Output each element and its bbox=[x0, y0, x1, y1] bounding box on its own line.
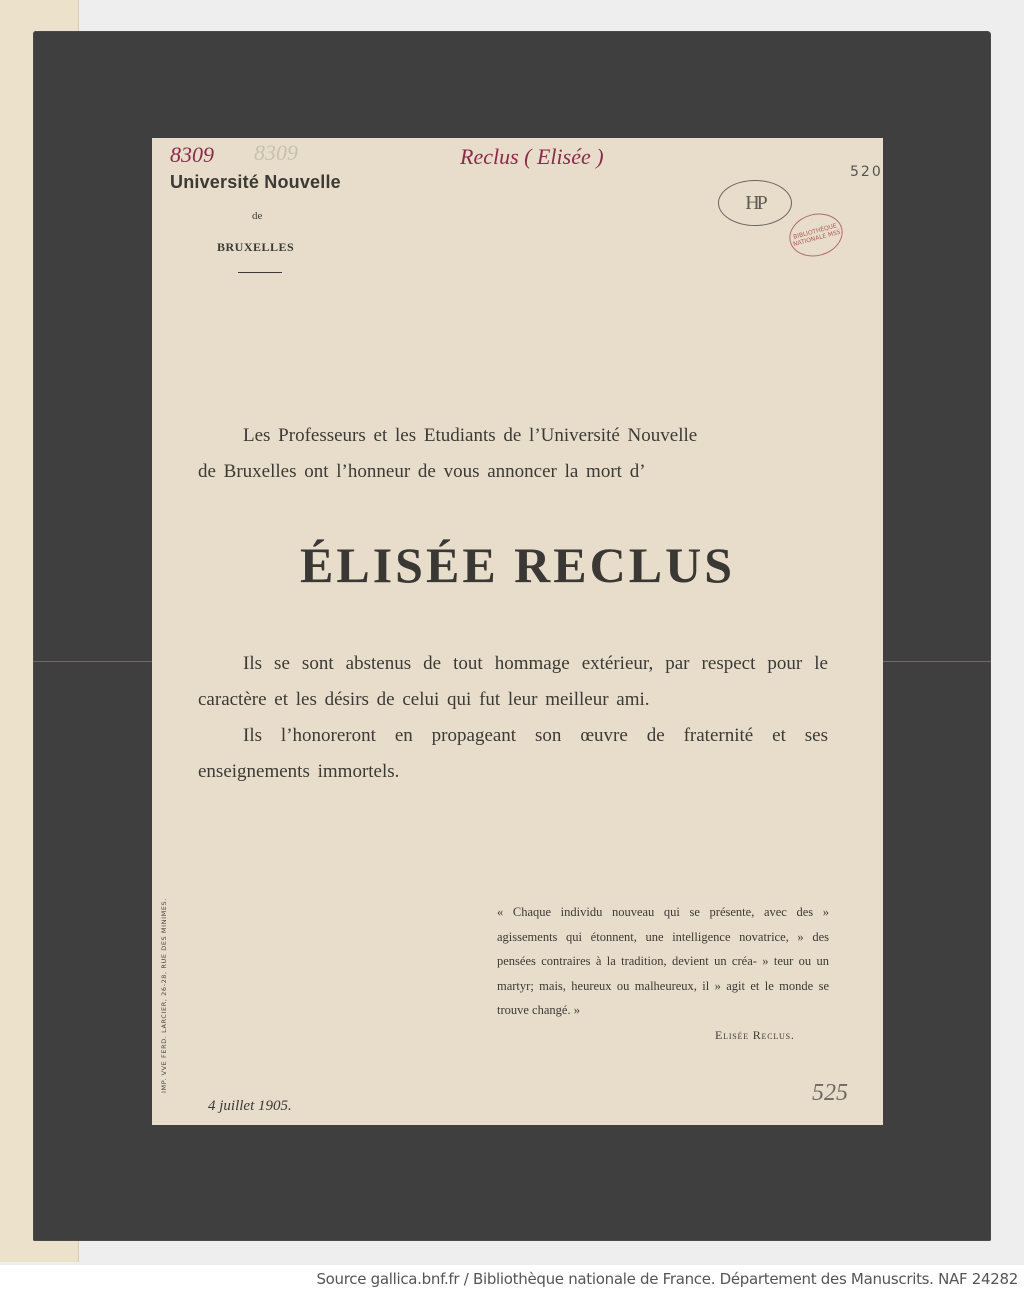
deceased-name-heading: ÉLISÉE RECLUS bbox=[152, 536, 883, 594]
handwritten-catalog-number: 8309 bbox=[170, 142, 214, 168]
funeral-announcement-card: 8309 8309 Reclus ( Elisée ) 520 Universi… bbox=[152, 138, 883, 1125]
library-stamp-text: BIBLIOTHÈQUE NATIONALE MSS bbox=[789, 222, 843, 249]
folio-number-bottom: 525 bbox=[812, 1080, 848, 1107]
announcement-line-1: Les Professeurs et les Etudiants de l’Un… bbox=[198, 418, 828, 454]
paragraph-abstention: Ils se sont abstenus de tout hommage ext… bbox=[198, 653, 828, 710]
letterhead-preposition: de bbox=[252, 210, 262, 222]
announcement-date: 4 juillet 1905. bbox=[208, 1098, 292, 1115]
library-stamp-icon: BIBLIOTHÈQUE NATIONALE MSS bbox=[784, 208, 847, 263]
reclus-quotation: « Chaque individu nouveau qui se présent… bbox=[497, 900, 829, 1023]
body-paragraphs: Ils se sont abstenus de tout hommage ext… bbox=[198, 646, 828, 790]
handwritten-name-note: Reclus ( Elisée ) bbox=[460, 144, 604, 170]
letterhead-rule bbox=[238, 272, 282, 273]
source-caption: Source gallica.bnf.fr / Bibliothèque nat… bbox=[316, 1270, 1018, 1288]
paragraph-honour: Ils l’honoreront en propageant son œuvre… bbox=[198, 725, 828, 782]
letterhead-institution: Université Nouvelle bbox=[170, 172, 341, 193]
letterhead-city: BRUXELLES bbox=[217, 240, 294, 255]
monogram-seal-text: HP bbox=[745, 192, 765, 215]
announcement-line-2: de Bruxelles ont l’honneur de vous annon… bbox=[198, 461, 646, 482]
folio-number-top: 520 bbox=[850, 164, 883, 180]
monogram-seal-icon: HP bbox=[718, 180, 792, 226]
printer-imprint: IMP. VVE FERD. LARCIER, 26-28, RUE DES M… bbox=[160, 898, 168, 1093]
announcement-paragraph: Les Professeurs et les Etudiants de l’Un… bbox=[198, 418, 828, 490]
faint-pencil-catalog-number: 8309 bbox=[254, 140, 298, 166]
quotation-attribution: Elisée Reclus. bbox=[715, 1028, 795, 1043]
